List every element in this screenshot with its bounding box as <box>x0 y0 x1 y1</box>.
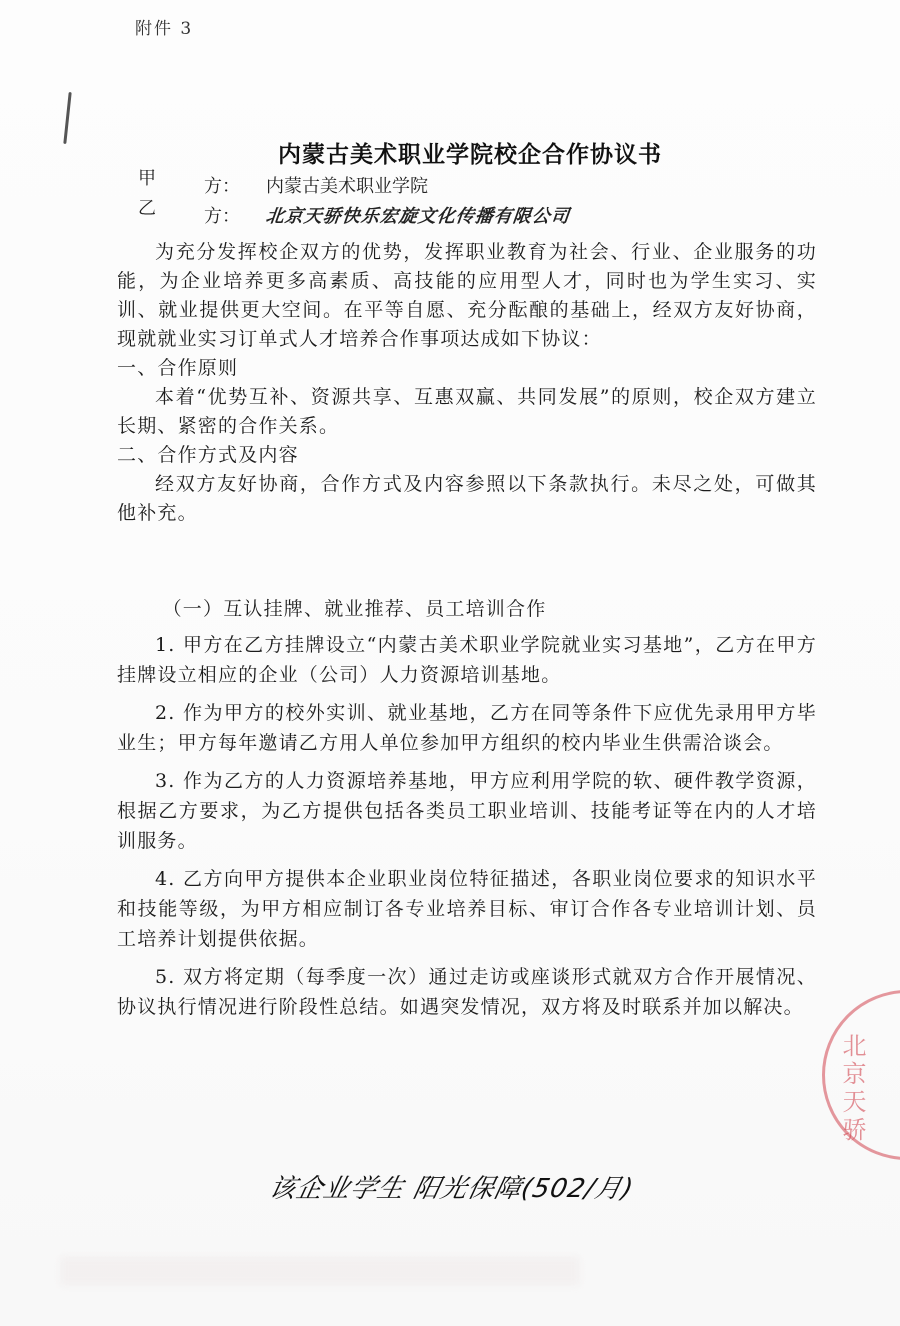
party-b-suffix: 方： <box>204 202 240 228</box>
subsection-1-heading: （一）互认挂牌、就业推荐、员工培训合作 <box>117 594 817 624</box>
clause-1: 1. 甲方在乙方挂牌设立“内蒙古美术职业学院就业实习基地”，乙方在甲方挂牌设立相… <box>117 630 817 690</box>
document-page: 附件 3 内蒙古美术职业学院校企合作协议书 甲 方： 内蒙古美术职业学院 乙 方… <box>0 0 900 1326</box>
handwritten-note: 该企业学生 阳光保障(502/月) <box>266 1168 638 1205</box>
section-1-text: 本着“优势互补、资源共享、互惠双赢、共同发展”的原则，校企双方建立长期、紧密的合… <box>117 383 817 441</box>
intro-block: 为充分发挥校企双方的优势，发挥职业教育为社会、行业、企业服务的功能，为企业培养更… <box>117 238 817 528</box>
attachment-label: 附件 3 <box>135 14 193 39</box>
party-b-key: 乙 <box>138 194 156 220</box>
section-2-heading: 二、合作方式及内容 <box>117 441 817 470</box>
party-a-suffix: 方： <box>204 172 240 198</box>
section-1-heading: 一、合作原则 <box>117 354 817 383</box>
clause-2: 2. 作为甲方的校外实训、就业基地，乙方在同等条件下应优先录用甲方毕业生；甲方每… <box>117 698 817 758</box>
seal-text: 北京天骄 <box>835 1033 870 1145</box>
party-a-key: 甲 <box>138 164 156 190</box>
party-b-name-handwritten: 北京天骄快乐宏旋文化传播有限公司 <box>265 202 572 228</box>
section-2-text: 经双方友好协商，合作方式及内容参照以下条款执行。未尽之处，可做其他补充。 <box>117 470 817 528</box>
party-a-name: 内蒙古美术职业学院 <box>266 172 428 198</box>
scan-smudge <box>60 1256 580 1286</box>
clauses-block: （一）互认挂牌、就业推荐、员工培训合作 1. 甲方在乙方挂牌设立“内蒙古美术职业… <box>117 594 817 1022</box>
clause-3: 3. 作为乙方的人力资源培养基地，甲方应利用学院的软、硬件教学资源，根据乙方要求… <box>117 766 817 856</box>
clause-4: 4. 乙方向甲方提供本企业职业岗位特征描述，各职业岗位要求的知识水平和技能等级，… <box>117 864 817 954</box>
intro-paragraph: 为充分发挥校企双方的优势，发挥职业教育为社会、行业、企业服务的功能，为企业培养更… <box>117 238 817 354</box>
document-title: 内蒙古美术职业学院校企合作协议书 <box>0 136 900 169</box>
clause-5: 5. 双方将定期（每季度一次）通过走访或座谈形式就双方合作开展情况、协议执行情况… <box>117 962 817 1022</box>
company-seal: 北京天骄 <box>822 990 900 1160</box>
